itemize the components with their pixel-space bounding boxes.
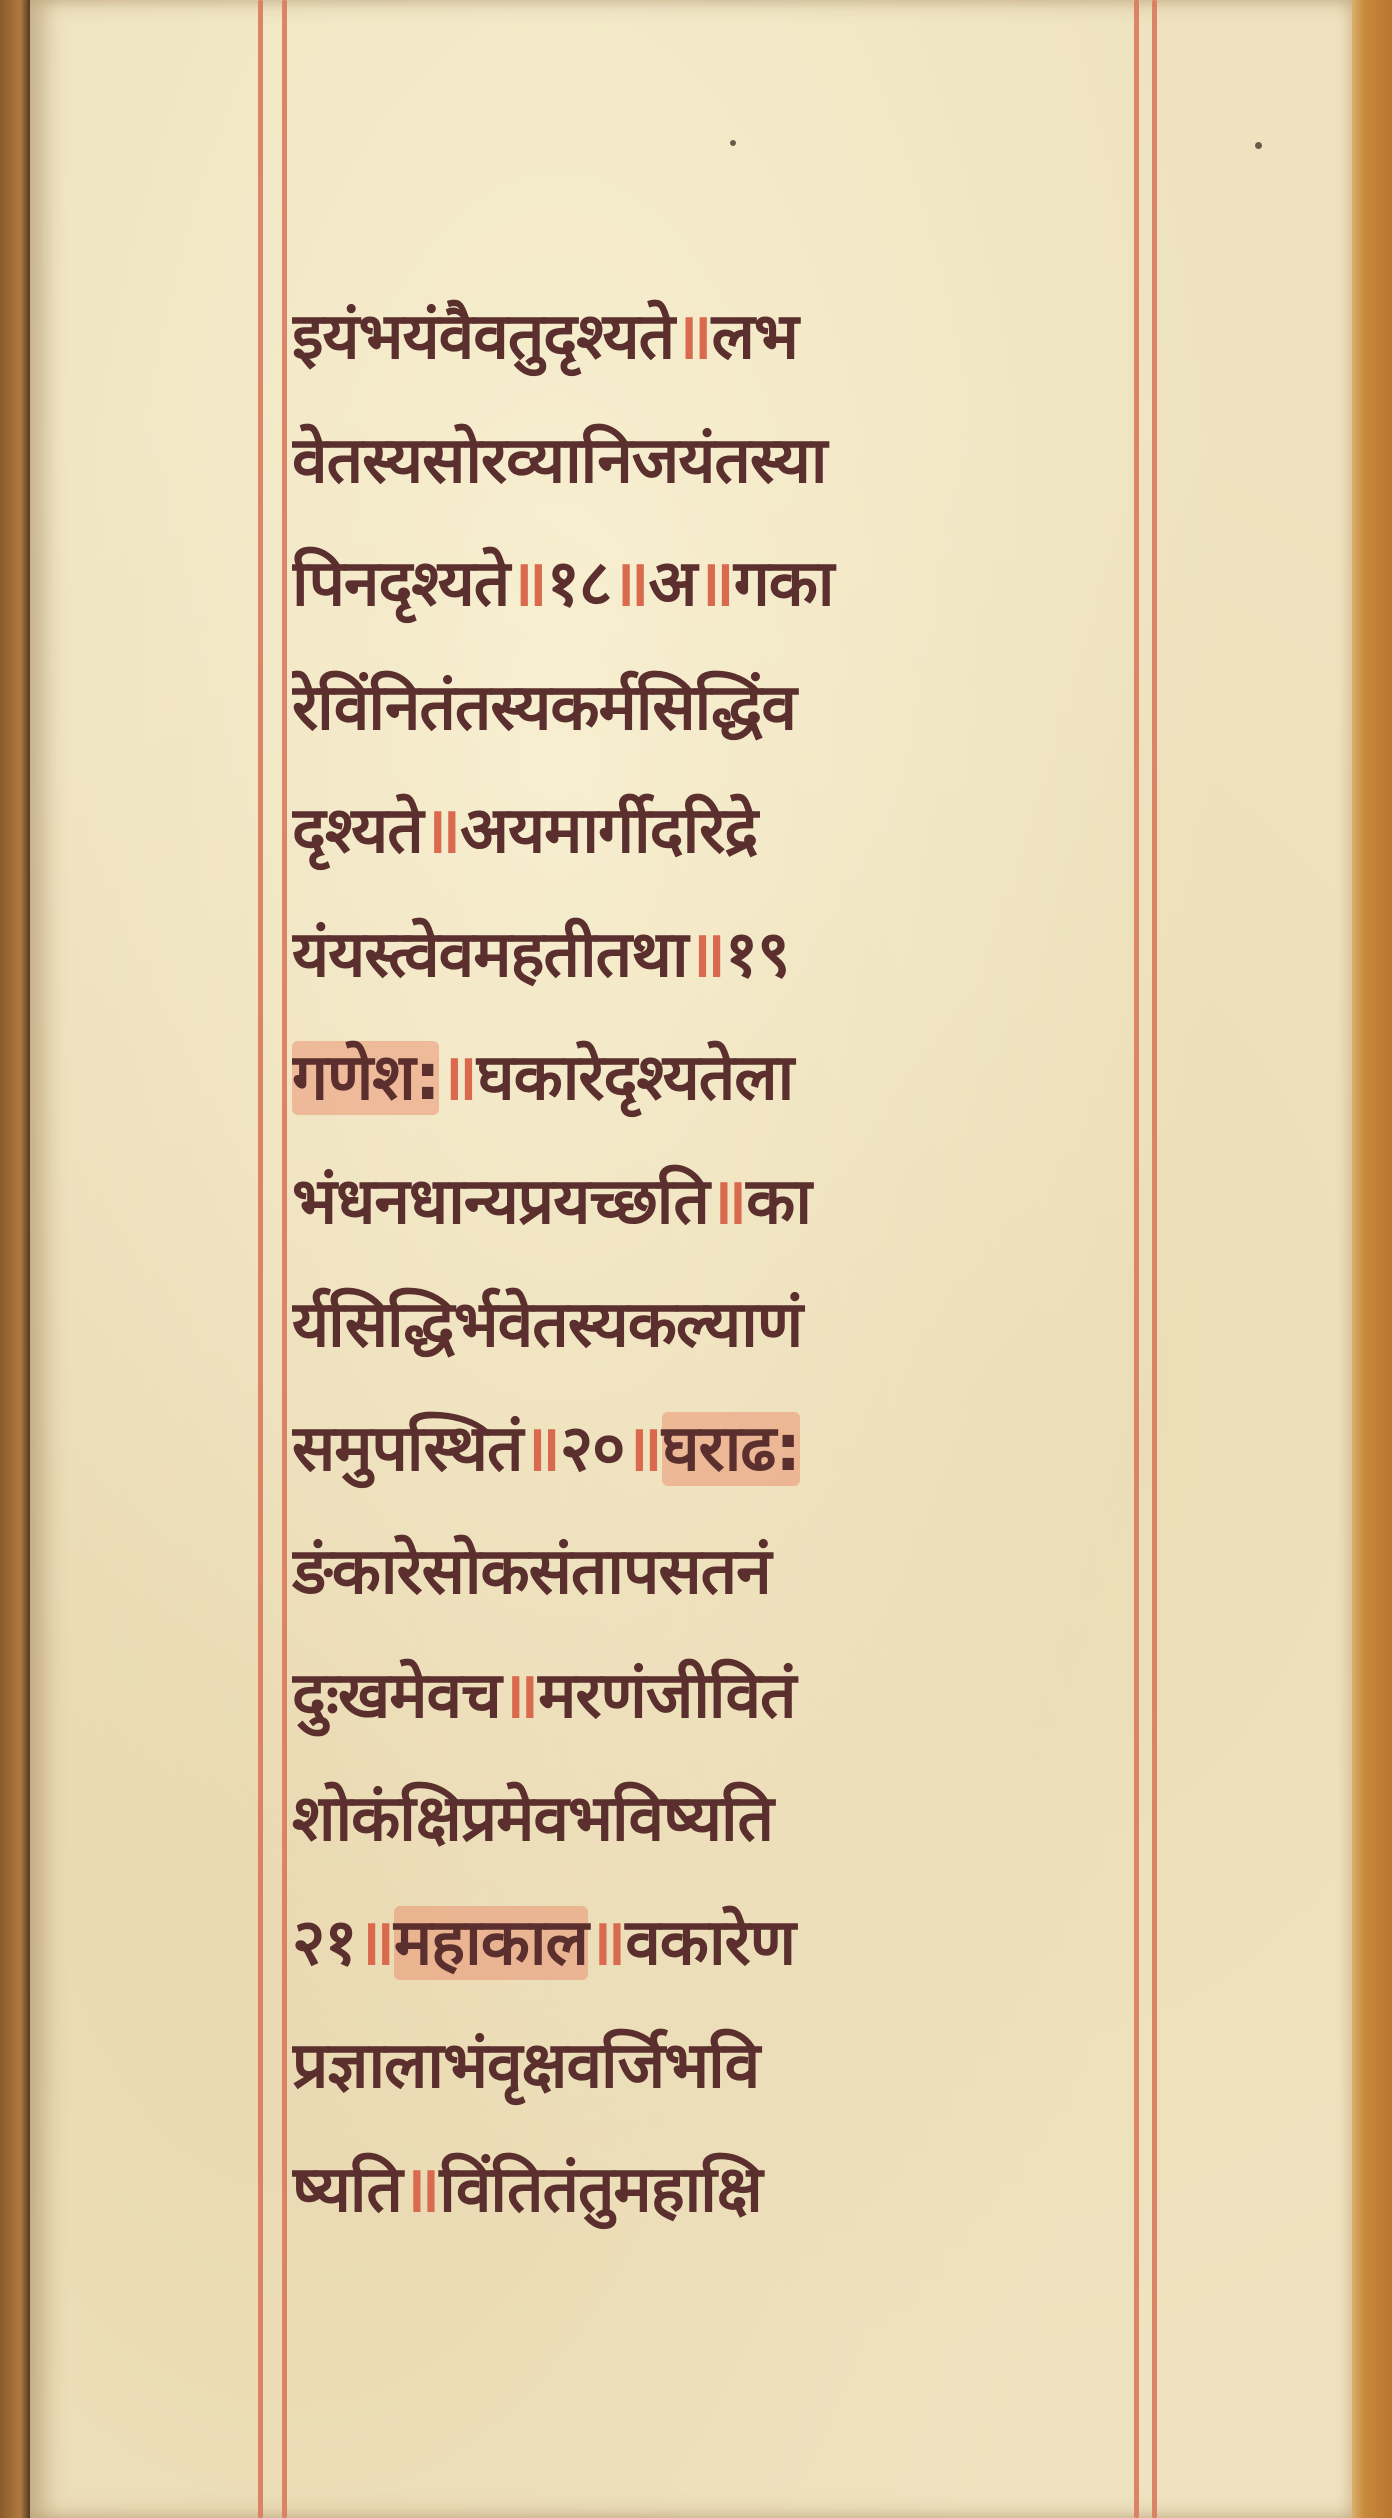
text-segment: शोकंक्षिप्रमेवभविष्यति — [292, 1782, 773, 1856]
danda-rubric: ॥ — [439, 1041, 476, 1115]
text-segment: दुःखमेवच — [292, 1659, 501, 1733]
left-margin-rule-outer — [258, 0, 263, 2518]
manuscript-line: पिनदृश्यते॥१८॥अ॥गका — [292, 523, 1137, 647]
highlighted-word: घराढ: — [662, 1412, 800, 1486]
manuscript-line: दृश्यते॥अयमार्गीदरिद्रे — [292, 770, 1137, 894]
danda-rubric: ॥ — [588, 1906, 625, 1980]
manuscript-line: गणेश:॥घकारेदृश्यतेला — [292, 1017, 1137, 1141]
text-segment: अ — [648, 547, 696, 621]
danda-rubric: ॥ — [423, 794, 460, 868]
danda-rubric: ॥ — [522, 1412, 559, 1486]
text-segment: वकारेण — [625, 1906, 795, 1980]
text-segment: १९ — [725, 918, 790, 992]
text-segment: का — [746, 1165, 811, 1239]
text-segment: ष्यति — [292, 2153, 402, 2227]
text-segment: अयमार्गीदरिद्रे — [460, 794, 757, 868]
text-segment: गका — [734, 547, 834, 621]
text-segment: भंधनधान्यप्रयच्छति — [292, 1165, 709, 1239]
danda-rubric: ॥ — [696, 547, 733, 621]
text-segment: ङंकारेसोकसंतापसतनं — [292, 1535, 771, 1609]
text-segment: यंयस्त्वेवमहतीतथा — [292, 918, 688, 992]
manuscript-line: यंयस्त्वेवमहतीतथा॥१९ — [292, 894, 1137, 1018]
manuscript-line: ष्यति॥विंतितंतुमहाक्षि — [292, 2129, 1137, 2253]
right-binding-edge — [1352, 0, 1392, 2518]
text-segment: २० — [560, 1412, 625, 1486]
text-segment: मरणंजीवितं — [538, 1659, 795, 1733]
danda-rubric: ॥ — [624, 1412, 661, 1486]
manuscript-line: ङंकारेसोकसंतापसतनं — [292, 1511, 1137, 1635]
text-segment: घकारेदृश्यतेला — [477, 1041, 793, 1115]
paper-speck — [1255, 142, 1262, 149]
manuscript-line: दुःखमेवच॥मरणंजीवितं — [292, 1635, 1137, 1759]
text-segment: पिनदृश्यते — [292, 547, 509, 621]
danda-rubric: ॥ — [709, 1165, 746, 1239]
text-segment: दृश्यते — [292, 794, 423, 868]
text-segment: प्रज्ञालाभंवृक्षवर्जिभवि — [292, 2029, 759, 2103]
right-margin-rule-outer — [1152, 0, 1157, 2518]
manuscript-line: प्रज्ञालाभंवृक्षवर्जिभवि — [292, 2005, 1137, 2129]
manuscript-line: भंधनधान्यप्रयच्छति॥का — [292, 1141, 1137, 1265]
manuscript-line: समुपस्थितं॥२०॥घराढ: — [292, 1388, 1137, 1512]
manuscript-line: २१॥महाकाल॥वकारेण — [292, 1882, 1137, 2006]
text-segment: इयंभयंवैवतुदृश्यते — [292, 300, 674, 374]
text-segment: २१ — [292, 1906, 357, 1980]
highlighted-word: महाकाल — [394, 1906, 588, 1980]
danda-rubric: ॥ — [674, 300, 711, 374]
danda-rubric: ॥ — [611, 547, 648, 621]
danda-rubric: ॥ — [688, 918, 725, 992]
danda-rubric: ॥ — [357, 1906, 394, 1980]
text-segment: रेविंनितंतस्यकर्मसिद्धिंव — [292, 671, 796, 745]
left-binding-edge — [0, 0, 34, 2518]
text-segment: लभ — [711, 300, 797, 374]
paper-speck — [730, 140, 736, 146]
text-segment: १८ — [547, 547, 612, 621]
danda-rubric: ॥ — [501, 1659, 538, 1733]
text-segment: र्यसिद्धिर्भवेतस्यकल्याणं — [292, 1288, 802, 1362]
text-segment: समुपस्थितं — [292, 1412, 522, 1486]
manuscript-line: वेतस्यसोरव्यानिजयंतस्या — [292, 400, 1137, 524]
manuscript-text: इयंभयंवैवतुदृश्यते॥लभवेतस्यसोरव्यानिजयंत… — [292, 276, 1137, 2252]
danda-rubric: ॥ — [509, 547, 546, 621]
danda-rubric: ॥ — [402, 2153, 439, 2227]
text-segment: वेतस्यसोरव्यानिजयंतस्या — [292, 424, 826, 498]
manuscript-line: इयंभयंवैवतुदृश्यते॥लभ — [292, 276, 1137, 400]
manuscript-line: र्यसिद्धिर्भवेतस्यकल्याणं — [292, 1264, 1137, 1388]
manuscript-line: रेविंनितंतस्यकर्मसिद्धिंव — [292, 647, 1137, 771]
left-margin-rule-inner — [282, 0, 287, 2518]
highlighted-word: गणेश: — [292, 1041, 439, 1115]
text-segment: विंतितंतुमहाक्षि — [439, 2153, 761, 2227]
manuscript-line: शोकंक्षिप्रमेवभविष्यति — [292, 1758, 1137, 1882]
